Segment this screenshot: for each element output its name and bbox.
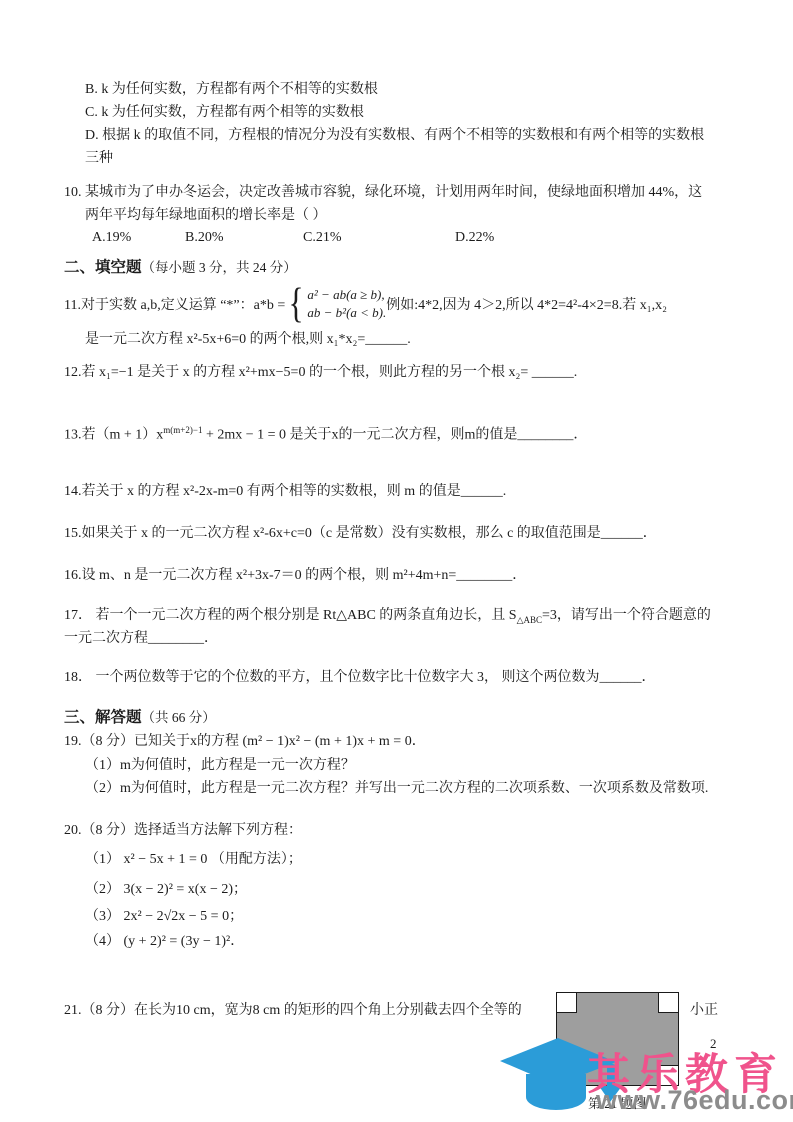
q19-line: 19.（8 分）已知关于x的方程 (m² − 1)x² − (m + 1)x +… [64,732,426,751]
brace-glyph: { [289,285,304,323]
q16-text: 16.设 m、n 是一元二次方程 x²+3x-7＝0 的两个根，则 m²+4m+… [64,566,526,585]
q17-subscript: △ABC [517,615,542,625]
q10-option-d: D.22% [455,228,494,247]
watermark-site-url: www.76edu.com [596,1085,793,1116]
section3-title: 三、解答题 [64,709,142,726]
q10-line1: 10. 某城市为了申办冬运会，决定改善城市容貌，绿化环境，计划用两年时间，使绿地… [64,183,702,202]
q11-line2: 是一元二次方程 x²-5x+6=0 的两个根,则 x₁*x₂=______. [85,330,411,349]
corner-square-top-right [658,992,679,1013]
q13-post: + 2mx − 1 = 0 是关于x的一元二次方程，则m的值是________． [202,428,587,443]
q17-line2: 一元二次方程________． [64,629,218,648]
exam-page: B. k 为任何实数，方程都有两个不相等的实数根 C. k 为任何实数，方程都有… [0,0,793,1122]
q12-text: 12.若 x₁=−1 是关于 x 的方程 x²+mx−5=0 的一个根，则此方程… [64,363,577,382]
section2-note: （每小题 3 分，共 24 分） [142,260,297,275]
q17-line1-a: 17． 若一个一元二次方程的两个根分别是 Rt△ABC 的两条直角边长，且 S [64,608,517,623]
q19-item2: （2）m为何值时，此方程是一元二次方程？并写出一元二次方程的二次项系数、一次项系… [85,779,708,798]
q11-cases: a² − ab(a ≥ b), ab − b²(a < b). [307,286,386,322]
q20-item2: （2） 3(x − 2)² = x(x − 2)； [85,880,247,899]
q19-item1: （1）m为何值时，此方程是一元一次方程？ [85,756,355,775]
q13-pre: 13.若（m + 1）x [64,428,163,443]
section3-note: （共 66 分） [142,710,216,725]
section3-heading: 三、解答题（共 66 分） [64,708,216,727]
q11-line1: 11.对于实数 a,b,定义运算 “*”：a*b = { a² − ab(a ≥… [64,280,667,328]
q20-item3: （3） 2x² − 2√2x − 5 = 0； [85,907,243,926]
section2-heading: 二、填空题（每小题 3 分，共 24 分） [64,258,297,277]
q20-item1: （1） x² − 5x + 1 = 0 （用配方法）； [85,850,302,869]
page-number: 2 [710,1036,717,1052]
q9-option-d-line1: D. 根据 k 的取值不同，方程根的情况分为没有实数根、有两个不相等的实数根和有… [85,126,704,145]
q10-option-c: C.21% [303,228,342,247]
q9-option-d-line2: 三种 [85,149,113,168]
q10-option-b: B.20% [185,228,224,247]
q18-text: 18． 一个两位数等于它的个位数的平方，且个位数字比十位数字大 3， 则这个两位… [64,668,656,687]
q17-line1: 17． 若一个一元二次方程的两个根分别是 Rt△ABC 的两条直角边长，且 S△… [64,606,711,630]
q9-option-b: B. k 为任何实数，方程都有两个不相等的实数根 [85,80,378,99]
q20-line: 20.（8 分）选择适当方法解下列方程： [64,821,302,840]
section2-title: 二、填空题 [64,259,142,276]
q21-line: 21.（8 分）在长为10 cm，宽为8 cm 的矩形的四个角上分别截去四个全等… [64,1001,522,1020]
q13-text: 13.若（m + 1）xm(m+2)−1 + 2mx − 1 = 0 是关于x的… [64,421,587,445]
q9-option-c: C. k 为任何实数，方程都有两个相等的实数根 [85,103,364,122]
q20-item4: （4） (y + 2)² = (3y − 1)²． [85,932,244,951]
q10-option-a: A.19% [92,228,131,247]
q11-case1: a² − ab(a ≥ b), [307,286,386,304]
q11-case2: ab − b²(a < b). [307,304,386,322]
q14-text: 14.若关于 x 的方程 x²-2x-m=0 有两个相等的实数根，则 m 的值是… [64,482,506,501]
q21-continuation: 小正 [690,1001,718,1020]
q10-line2: 两年平均每年绿地面积的增长率是（ ） [85,206,327,225]
q15-text: 15.如果关于 x 的一元二次方程 x²-6x+c=0（c 是常数）没有实数根，… [64,524,657,543]
q13-exponent: m(m+2)−1 [163,425,202,435]
corner-square-top-left [556,992,577,1013]
q11-post: 例如:4*2,因为 4＞2,所以 4*2=4²-4×2=8.若 x₁,x₂ [386,294,667,314]
q17-line1-b: =3，请写出一个符合题意的 [542,608,711,623]
q11-pre: 11.对于实数 a,b,定义运算 “*”：a*b = [64,294,285,314]
